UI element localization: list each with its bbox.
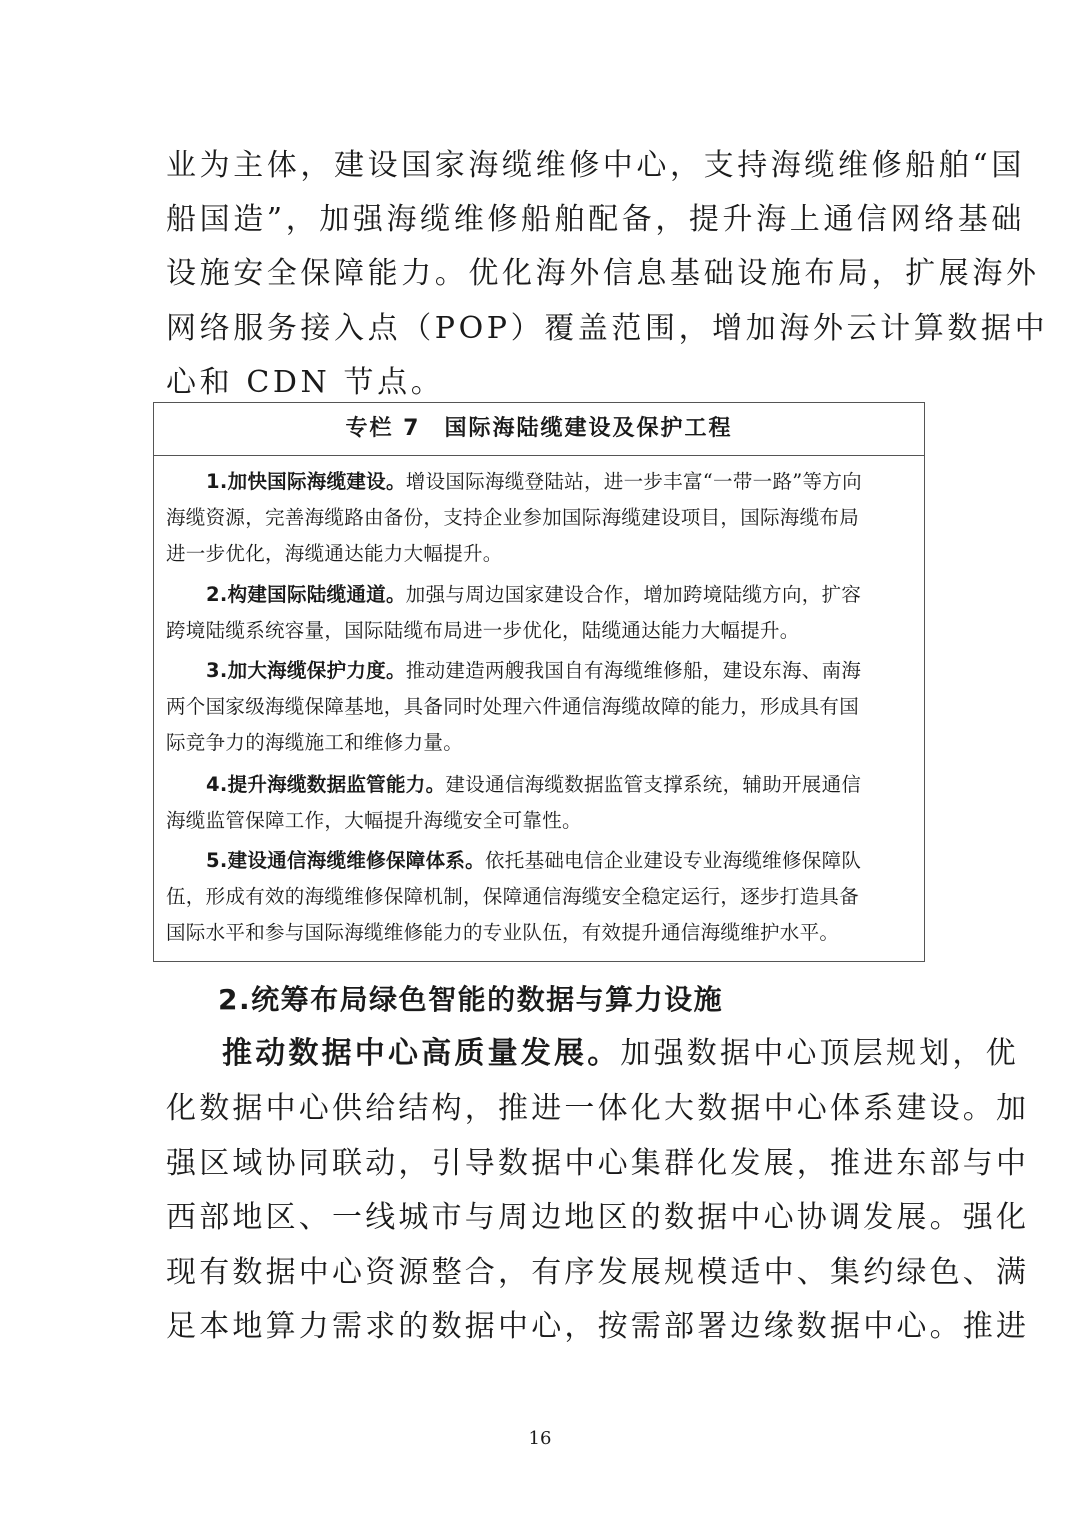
item-lead: 1.加快国际海缆建设。	[206, 470, 406, 493]
paragraph-line: 心和 CDN 节点。	[166, 365, 918, 401]
paragraph-line: 化数据中心供给结构，推进一体化大数据中心体系建设。加	[166, 1091, 918, 1127]
item-text: 推动建造两艘我国自有海缆维修船，建设东海、南海	[406, 659, 861, 682]
item-text: 增设国际海缆登陆站，进一步丰富“一带一路”等方向	[406, 470, 862, 493]
box-item-4: 4.提升海缆数据监管能力。建设通信海缆数据监管支撑系统，辅助开展通信	[206, 773, 861, 797]
paragraph-line: 现有数据中心资源整合，有序发展规模适中、集约绿色、满	[166, 1255, 918, 1291]
item-text: 加强与周边国家建设合作，增加跨境陆缆方向，扩容	[406, 583, 861, 606]
box-title: 专栏 7 国际海陆缆建设及保护工程	[154, 403, 924, 456]
box-item-line: 海缆监管保障工作，大幅提升海缆安全可靠性。	[166, 809, 582, 833]
paragraph-line: 推动数据中心高质量发展。加强数据中心顶层规划，优	[222, 1036, 922, 1072]
page-number: 16	[0, 1428, 1080, 1449]
paragraph-line: 足本地算力需求的数据中心，按需部署边缘数据中心。推进	[166, 1309, 918, 1345]
paragraph-lead: 推动数据中心高质量发展。	[222, 1036, 620, 1071]
paragraph-line: 船国造”，加强海缆维修船舶配备，提升海上通信网络基础	[166, 202, 918, 238]
box-item-line: 海缆资源，完善海缆路由备份，支持企业参加国际海缆建设项目，国际海缆布局	[166, 506, 859, 530]
item-text: 建设通信海缆数据监管支撑系统，辅助开展通信	[445, 773, 861, 796]
paragraph-line: 设施安全保障能力。优化海外信息基础设施布局，扩展海外	[166, 256, 918, 292]
document-page: 业为主体，建设国家海缆维修中心，支持海缆维修船舶“国 船国造”，加强海缆维修船舶…	[0, 0, 1080, 1527]
item-lead: 2.构建国际陆缆通道。	[206, 583, 406, 606]
paragraph-text: 加强数据中心顶层规划，优	[620, 1036, 1018, 1071]
item-lead: 5.建设通信海缆维修保障体系。	[206, 849, 485, 872]
box-item-line: 跨境陆缆系统容量，国际陆缆布局进一步优化，陆缆通达能力大幅提升。	[166, 619, 800, 643]
paragraph-line: 强区域协同联动，引导数据中心集群化发展，推进东部与中	[166, 1146, 918, 1182]
paragraph-line: 业为主体，建设国家海缆维修中心，支持海缆维修船舶“国	[166, 148, 918, 184]
section-heading: 2.统筹布局绿色智能的数据与算力设施	[218, 980, 723, 1020]
item-text: 依托基础电信企业建设专业海缆维修保障队	[485, 849, 861, 872]
box-item-line: 国际水平和参与国际海缆维修能力的专业队伍，有效提升通信海缆维护水平。	[166, 921, 839, 945]
box-item-line: 进一步优化，海缆通达能力大幅提升。	[166, 542, 503, 566]
paragraph-line: 网络服务接入点（POP）覆盖范围，增加海外云计算数据中	[166, 311, 918, 347]
column-box: 专栏 7 国际海陆缆建设及保护工程 1.加快国际海缆建设。增设国际海缆登陆站，进…	[153, 402, 925, 962]
item-lead: 4.提升海缆数据监管能力。	[206, 773, 445, 796]
box-item-1: 1.加快国际海缆建设。增设国际海缆登陆站，进一步丰富“一带一路”等方向	[206, 470, 862, 494]
box-item-line: 际竞争力的海缆施工和维修力量。	[166, 731, 463, 755]
box-item-2: 2.构建国际陆缆通道。加强与周边国家建设合作，增加跨境陆缆方向，扩容	[206, 583, 861, 607]
box-item-line: 伍，形成有效的海缆维修保障机制，保障通信海缆安全稳定运行，逐步打造具备	[166, 885, 859, 909]
box-item-5: 5.建设通信海缆维修保障体系。依托基础电信企业建设专业海缆维修保障队	[206, 849, 861, 873]
box-item-3: 3.加大海缆保护力度。推动建造两艘我国自有海缆维修船，建设东海、南海	[206, 659, 861, 683]
paragraph-line: 西部地区、一线城市与周边地区的数据中心协调发展。强化	[166, 1200, 918, 1236]
box-item-line: 两个国家级海缆保障基地，具备同时处理六件通信海缆故障的能力，形成具有国	[166, 695, 859, 719]
item-lead: 3.加大海缆保护力度。	[206, 659, 406, 682]
